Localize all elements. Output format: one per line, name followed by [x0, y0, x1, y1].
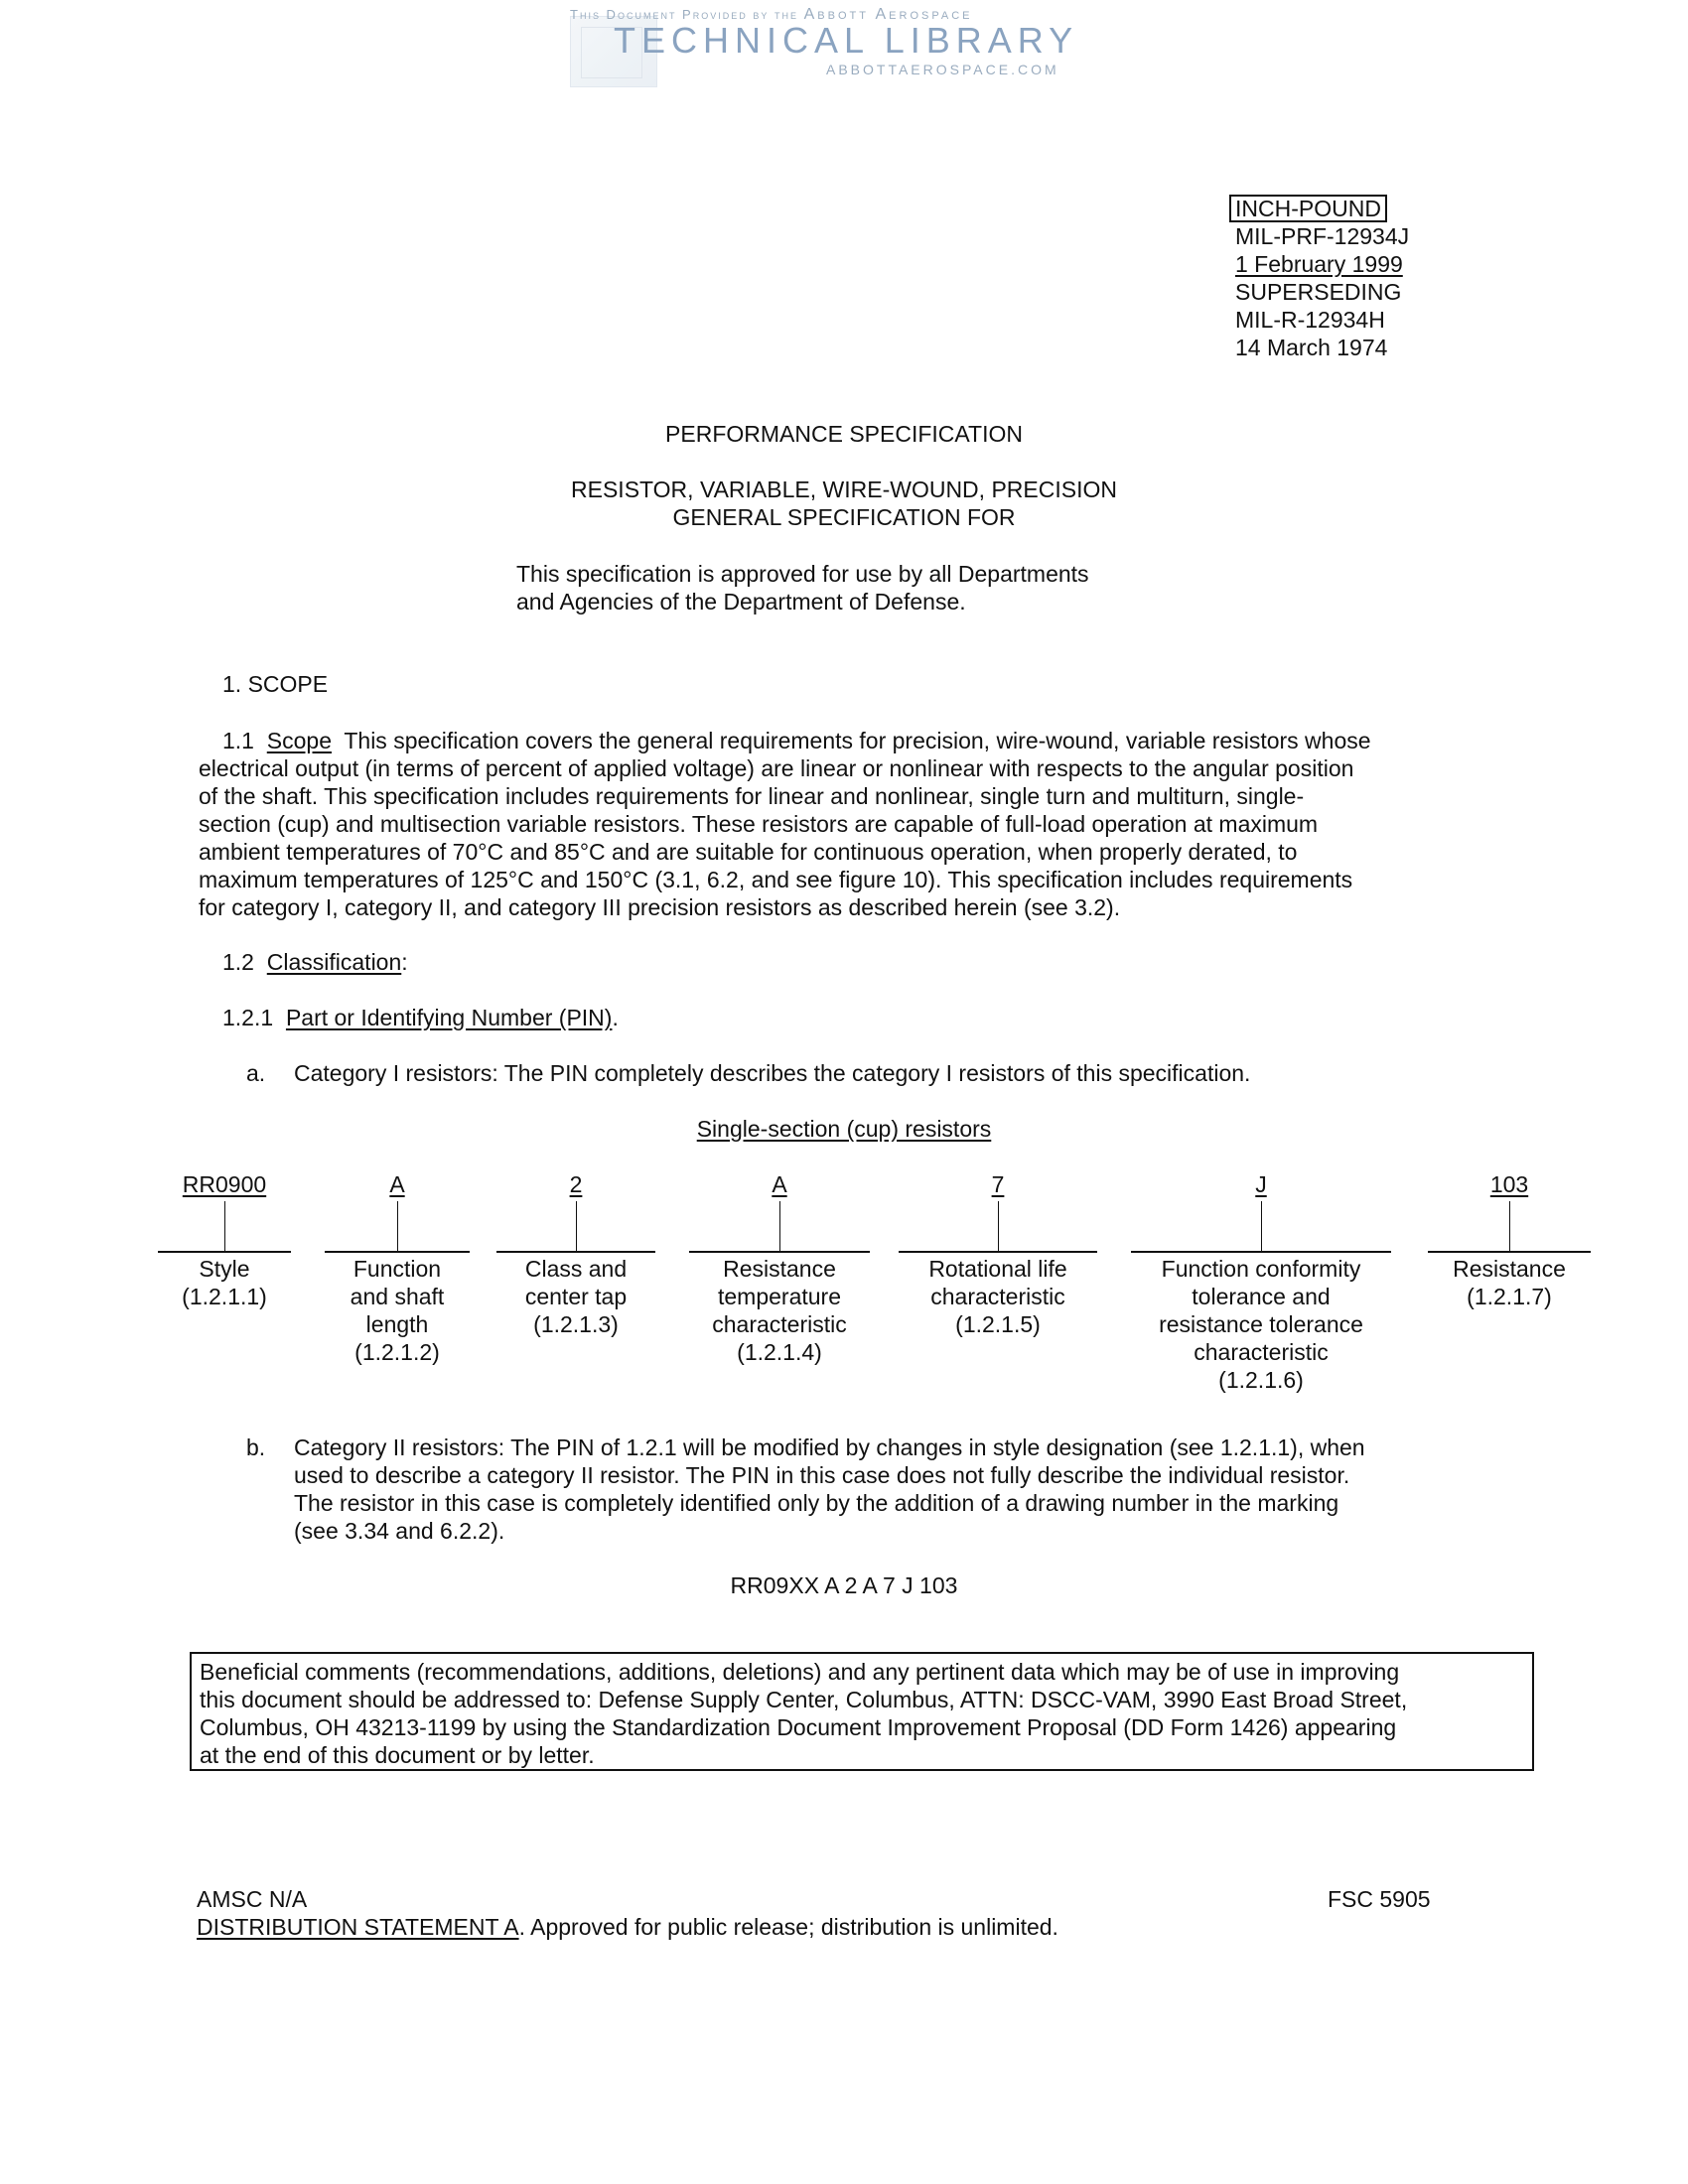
pin-part-label: Function conformitytolerance andresistan…: [1159, 1255, 1363, 1394]
pin-part: JFunction conformitytolerance andresista…: [1131, 1171, 1391, 1420]
doc-date: 1 February 1999: [1235, 250, 1403, 278]
label-line: (1.2.1.4): [712, 1338, 846, 1366]
connector-line: [1509, 1201, 1510, 1251]
pin-code: A: [689, 1171, 870, 1198]
para-line: section (cup) and multisection variable …: [199, 810, 1489, 838]
label-line: and shaft: [351, 1283, 445, 1310]
label-line: characteristic: [928, 1283, 1066, 1310]
watermark-logo: This Document Provided by the Abbott Aer…: [566, 2, 1082, 87]
spec-type: PERFORMANCE SPECIFICATION: [0, 421, 1688, 448]
label-rule: [1428, 1251, 1591, 1253]
pin-heading: 1.2.1 Part or Identifying Number (PIN).: [222, 1005, 619, 1031]
label-rule: [496, 1251, 655, 1253]
pin-code: 103: [1428, 1171, 1591, 1198]
approval-statement: This specification is approved for use b…: [516, 560, 1089, 615]
superseded-number: MIL-R-12934H: [1235, 306, 1409, 334]
notice-line: this document should be addressed to: De…: [200, 1686, 1524, 1713]
item-text: Category I resistors: The PIN completely…: [294, 1060, 1250, 1086]
diagram-caption: Single-section (cup) resistors: [0, 1116, 1688, 1143]
label-rule: [689, 1251, 870, 1253]
distribution-label: DISTRIBUTION STATEMENT A: [197, 1914, 519, 1940]
pin-code: A: [325, 1171, 470, 1198]
label-line: (1.2.1.7): [1453, 1283, 1566, 1310]
title-line1: RESISTOR, VARIABLE, WIRE-WOUND, PRECISIO…: [0, 477, 1688, 503]
para-line: This specification covers the general re…: [344, 728, 1370, 753]
superseding-label: SUPERSEDING: [1235, 278, 1409, 306]
label-line: Resistance: [712, 1255, 846, 1283]
label-line: tolerance and: [1159, 1283, 1363, 1310]
item-a: a.Category I resistors: The PIN complete…: [246, 1060, 1250, 1087]
item-line: Category II resistors: The PIN of 1.2.1 …: [294, 1433, 1365, 1461]
label-line: Style: [182, 1255, 267, 1283]
label-line: resistance tolerance: [1159, 1310, 1363, 1338]
amsc-label: AMSC N/A: [197, 1886, 307, 1913]
connector-line: [224, 1201, 225, 1251]
pin-part: 103Resistance(1.2.1.7): [1428, 1171, 1591, 1420]
comments-notice-box: Beneficial comments (recommendations, ad…: [190, 1652, 1534, 1771]
para-line: ambient temperatures of 70°C and 85°C an…: [199, 838, 1489, 866]
item-line: The resistor in this case is completely …: [294, 1489, 1365, 1517]
connector-line: [397, 1201, 398, 1251]
label-rule: [899, 1251, 1097, 1253]
label-line: Class and: [525, 1255, 627, 1283]
label-rule: [158, 1251, 291, 1253]
label-line: center tap: [525, 1283, 627, 1310]
pin-code: 7: [899, 1171, 1097, 1198]
label-line: (1.2.1.2): [351, 1338, 445, 1366]
item-b: b. Category II resistors: The PIN of 1.2…: [246, 1433, 1365, 1545]
label-line: Function conformity: [1159, 1255, 1363, 1283]
label-line: temperature: [712, 1283, 846, 1310]
label-line: Function: [351, 1255, 445, 1283]
pin-part: AResistancetemperaturecharacteristic(1.2…: [689, 1171, 870, 1420]
distribution-text: . Approved for public release; distribut…: [519, 1914, 1058, 1940]
notice-line: Columbus, OH 43213-1199 by using the Sta…: [200, 1713, 1524, 1741]
pin-part-label: Resistance(1.2.1.7): [1453, 1255, 1566, 1310]
watermark-title: TECHNICAL LIBRARY: [614, 20, 1078, 62]
connector-line: [1261, 1201, 1262, 1251]
item-line: used to describe a category II resistor.…: [294, 1461, 1365, 1489]
scope-paragraph: 1.1 Scope This specification covers the …: [199, 727, 1489, 921]
pin-diagram: RR0900Style(1.2.1.1)AFunctionand shaftle…: [0, 1171, 1688, 1420]
item-line: (see 3.34 and 6.2.2).: [294, 1517, 1365, 1545]
notice-line: Beneficial comments (recommendations, ad…: [200, 1658, 1524, 1686]
pin-part-label: Functionand shaftlength(1.2.1.2): [351, 1255, 445, 1366]
connector-line: [998, 1201, 999, 1251]
pin-code: 2: [496, 1171, 655, 1198]
label-line: Resistance: [1453, 1255, 1566, 1283]
pin-code: J: [1131, 1171, 1391, 1198]
pin-part: RR0900Style(1.2.1.1): [158, 1171, 291, 1420]
label-line: (1.2.1.6): [1159, 1366, 1363, 1394]
label-line: length: [351, 1310, 445, 1338]
distribution-statement: DISTRIBUTION STATEMENT A. Approved for p…: [197, 1914, 1058, 1941]
connector-line: [779, 1201, 780, 1251]
label-line: characteristic: [1159, 1338, 1363, 1366]
notice-line: at the end of this document or by letter…: [200, 1741, 1524, 1769]
pin-part-label: Resistancetemperaturecharacteristic(1.2.…: [712, 1255, 846, 1366]
label-line: (1.2.1.5): [928, 1310, 1066, 1338]
label-line: characteristic: [712, 1310, 846, 1338]
pin-part-label: Class andcenter tap(1.2.1.3): [525, 1255, 627, 1338]
fsc-label: FSC 5905: [1328, 1886, 1431, 1913]
label-rule: [1131, 1251, 1391, 1253]
list-marker: b.: [246, 1433, 265, 1461]
approval-line1: This specification is approved for use b…: [516, 560, 1089, 588]
connector-line: [576, 1201, 577, 1251]
classification-heading: 1.2 Classification:: [222, 949, 408, 976]
pin-part: AFunctionand shaftlength(1.2.1.2): [325, 1171, 470, 1420]
para-title: Part or Identifying Number (PIN): [286, 1005, 613, 1030]
para-suffix: .: [612, 1005, 618, 1030]
superseded-date: 14 March 1974: [1235, 334, 1409, 361]
label-rule: [325, 1251, 470, 1253]
para-line: of the shaft. This specification include…: [199, 782, 1489, 810]
title-line2: GENERAL SPECIFICATION FOR: [0, 504, 1688, 531]
section-heading: 1. SCOPE: [222, 671, 328, 698]
pin-part: 2Class andcenter tap(1.2.1.3): [496, 1171, 655, 1420]
para-number: 1.2.1: [222, 1005, 273, 1030]
example-pin: RR09XX A 2 A 7 J 103: [0, 1572, 1688, 1599]
pin-part: 7Rotational lifecharacteristic(1.2.1.5): [899, 1171, 1097, 1420]
label-line: (1.2.1.1): [182, 1283, 267, 1310]
label-line: (1.2.1.3): [525, 1310, 627, 1338]
para-line: for category I, category II, and categor…: [199, 893, 1489, 921]
para-title: Scope: [267, 728, 332, 753]
approval-line2: and Agencies of the Department of Defens…: [516, 588, 1089, 615]
pin-part-label: Rotational lifecharacteristic(1.2.1.5): [928, 1255, 1066, 1338]
pin-code: RR0900: [158, 1171, 291, 1198]
para-title: Classification: [267, 949, 402, 975]
unit-system-badge: INCH-POUND: [1229, 195, 1387, 222]
document-id-block: INCH-POUND MIL-PRF-12934J 1 February 199…: [1235, 195, 1409, 361]
para-number: 1.1: [222, 728, 254, 753]
para-number: 1.2: [222, 949, 254, 975]
para-suffix: :: [401, 949, 407, 975]
label-line: Rotational life: [928, 1255, 1066, 1283]
para-line: maximum temperatures of 125°C and 150°C …: [199, 866, 1489, 893]
list-marker: a.: [246, 1060, 294, 1087]
watermark-url: ABBOTTAEROSPACE.COM: [826, 62, 1059, 77]
pin-part-label: Style(1.2.1.1): [182, 1255, 267, 1310]
doc-number: MIL-PRF-12934J: [1235, 222, 1409, 250]
para-line: electrical output (in terms of percent o…: [199, 754, 1489, 782]
